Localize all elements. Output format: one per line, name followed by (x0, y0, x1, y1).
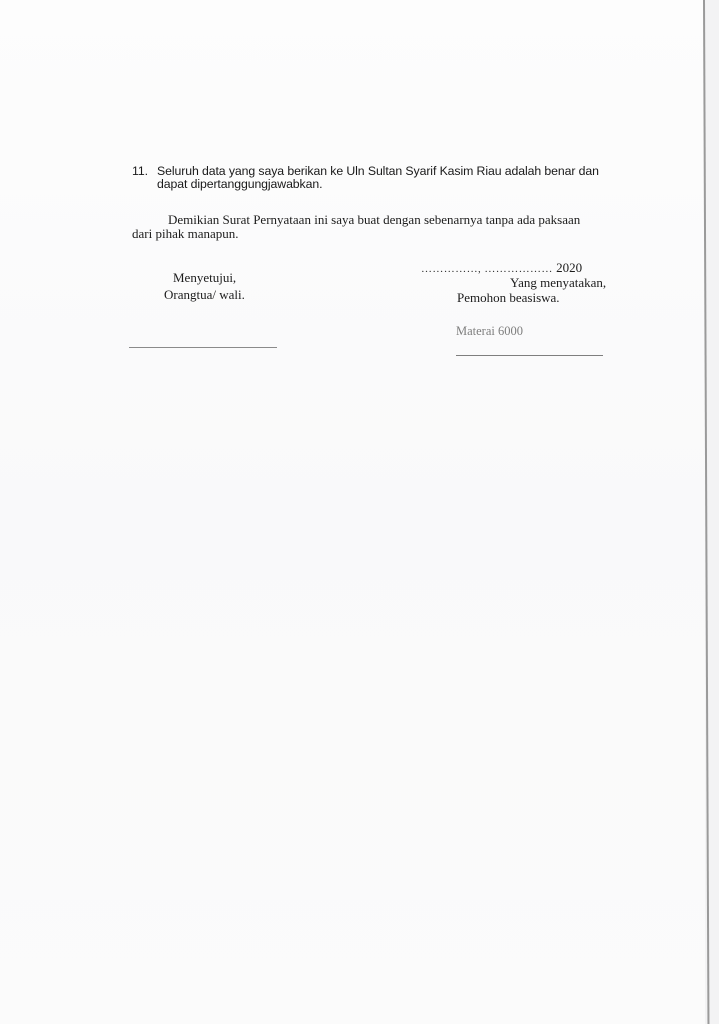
list-item-text-line1: Seluruh data yang saya berikan ke Uln Su… (157, 164, 599, 178)
applicant-signature-line (456, 355, 603, 356)
applicant-label: Pemohon beasiswa. (457, 290, 560, 306)
list-item-text-line2: dapat dipertanggungjawabkan. (157, 177, 322, 191)
closing-statement-line2: dari pihak manapun. (132, 226, 239, 242)
approval-label: Menyetujui, (173, 270, 236, 286)
stamp-duty-label: Materai 6000 (456, 324, 523, 339)
place-placeholder: ……………, (421, 263, 481, 275)
parent-signature-line (129, 347, 277, 348)
place-date-line: ……………, ……………… 2020 (421, 260, 582, 276)
parent-guardian-label: Orangtua/ wali. (164, 287, 245, 303)
document-page: 11. Seluruh data yang saya berikan ke Ul… (0, 0, 719, 1024)
list-item-number: 11. (132, 164, 148, 178)
date-placeholder: ……………… (484, 263, 552, 275)
year-text: 2020 (556, 260, 582, 275)
declarant-label: Yang menyatakan, (510, 275, 606, 291)
